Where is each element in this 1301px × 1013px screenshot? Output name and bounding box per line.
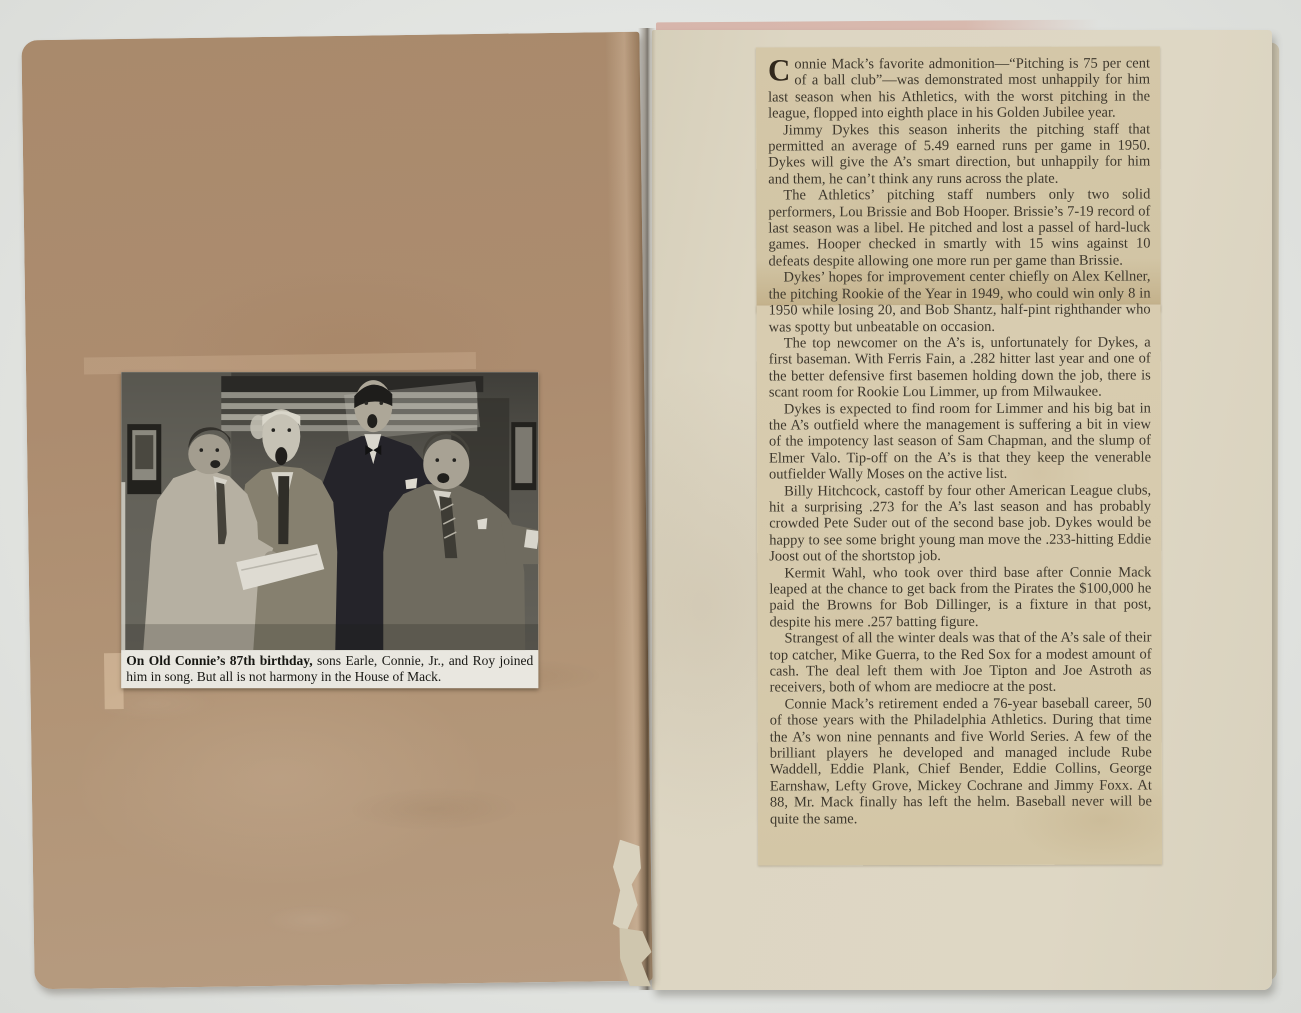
drop-cap-letter: C — [768, 56, 794, 83]
clipping-paragraph: Strangest of all the winter deals was th… — [769, 630, 1151, 697]
clipping-opening-paragraph: Connie Mack’s favorite admonition—“Pitch… — [768, 55, 1150, 122]
photo-white-margin — [121, 482, 125, 650]
clipping-paragraph: Kermit Wahl, who took over third base af… — [769, 564, 1151, 631]
photo-wall-frame-right — [511, 422, 536, 490]
photo-caption: On Old Connie’s 87th birthday, sons Earl… — [121, 650, 538, 688]
book-spine-seam — [638, 28, 656, 990]
pasted-photo: On Old Connie’s 87th birthday, sons Earl… — [121, 372, 538, 688]
clipping-paragraph: The Athletics’ pitching staff numbers on… — [768, 187, 1150, 270]
birthday-photo — [121, 372, 538, 650]
clipping-paragraph: The top newcomer on the A’s is, unfortun… — [769, 334, 1151, 401]
newspaper-clipping: Connie Mack’s favorite admonition—“Pitch… — [756, 46, 1162, 862]
photo-wall-frame-left — [127, 424, 161, 494]
clipping-paragraph: Connie Mack’s retirement ended a 76-year… — [770, 695, 1152, 827]
left-page: On Old Connie’s 87th birthday, sons Earl… — [21, 32, 652, 990]
photo-caption-lead: On Old Connie’s 87th birthday, — [126, 653, 312, 668]
clipping-paragraphs: Jimmy Dykes this season inherits the pit… — [768, 121, 1152, 827]
clipping-paragraph: Billy Hitchcock, castoff by four other A… — [769, 482, 1151, 565]
photo-floor-shadow — [121, 624, 538, 650]
clipping-paragraph: Jimmy Dykes this season inherits the pit… — [768, 121, 1150, 188]
right-page: Connie Mack’s favorite admonition—“Pitch… — [652, 30, 1272, 990]
opening-paragraph-text: onnie Mack’s favorite admonition—“Pitchi… — [768, 55, 1150, 121]
clipping-paragraph: Dykes’ hopes for improvement center chie… — [769, 269, 1151, 336]
clipping-paragraph: Dykes is expected to find room for Limme… — [769, 400, 1151, 483]
clipping-text: Connie Mack’s favorite admonition—“Pitch… — [756, 46, 1162, 839]
